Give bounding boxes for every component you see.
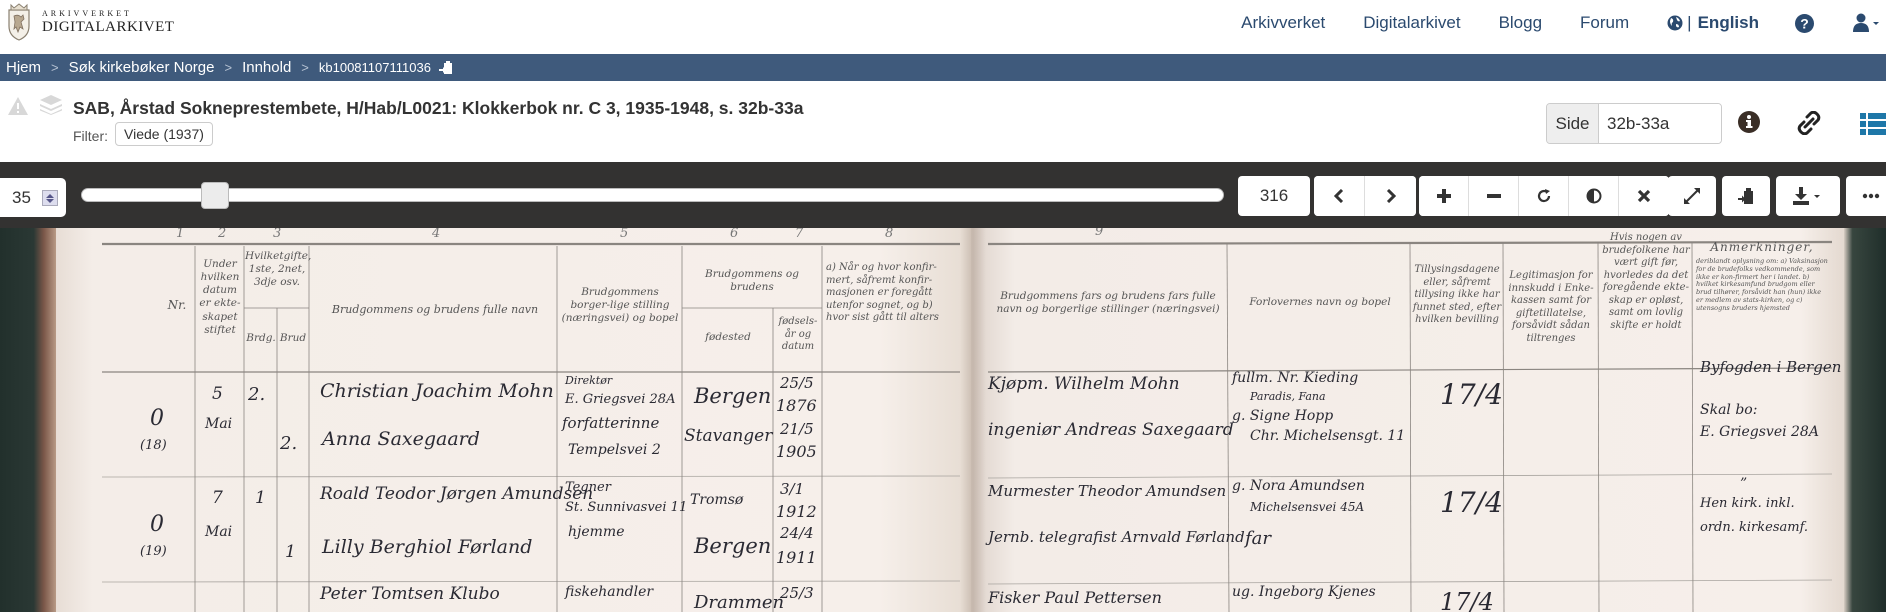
row3-groom-occ: fiskehandler [565, 584, 653, 600]
breadcrumb-separator: > [51, 60, 59, 75]
row1-bride-addr: Tempelsvei 2 [568, 442, 661, 458]
title-area: SAB, Årstad Sokneprestembete, H/Hab/L002… [0, 81, 1886, 162]
header-occupation: Brudgommens borger-lige stilling (næring… [560, 286, 680, 325]
row2-bride-occ: hjemme [568, 524, 624, 540]
header-confirmation: a) Når og hvor konfir-mert, såfremt konf… [826, 262, 956, 325]
column-number: 5 [620, 228, 628, 241]
link-icon[interactable] [1797, 111, 1821, 135]
row2-banns: 17/4 [1440, 486, 1503, 519]
total-images: 316 [1238, 176, 1310, 216]
row2-bride-year: 1911 [776, 548, 817, 567]
globe-icon [1667, 15, 1683, 31]
column-number: 8 [885, 228, 893, 241]
download-button[interactable] [1776, 176, 1840, 216]
user-icon [1853, 13, 1883, 33]
breadcrumb-separator: > [301, 60, 309, 75]
image-number-stepper[interactable]: 35 [0, 178, 66, 217]
image-tools-group [1419, 176, 1669, 216]
contrast-button[interactable] [1569, 176, 1619, 216]
nav-link-arkivverket[interactable]: Arkivverket [1241, 13, 1325, 33]
header-witnesses: Forlovernes navn og bopel [1232, 296, 1408, 309]
download-icon [1793, 187, 1823, 205]
header-legitimation: Legitimasjon for innskudd i Enke-kassen … [1505, 270, 1597, 345]
row2-remark3: ordn. kirkesamf. [1700, 520, 1808, 535]
row2-groom-date: 3/1 [780, 480, 804, 498]
row2-nr-sub: (19) [140, 544, 167, 559]
row2-witness2: far [1245, 528, 1271, 549]
row2-bride-name: Lilly Berghiol Førland [322, 536, 532, 558]
close-icon [1637, 189, 1651, 203]
logo-line2: DIGITALARKIVET [42, 20, 174, 35]
side-input[interactable] [1599, 104, 1721, 143]
chevron-right-icon [1386, 189, 1396, 203]
filter-label: Filter: [73, 128, 108, 144]
image-number-value: 35 [12, 188, 31, 208]
row2-bride-date: 24/4 [780, 524, 814, 542]
copy-group [1722, 176, 1770, 216]
header-nr: Nr. [160, 298, 194, 313]
list-icon[interactable] [1860, 113, 1886, 135]
image-slider-track[interactable] [81, 188, 1224, 202]
logo-line1: ARKIVVERKET [42, 10, 174, 18]
row1-witness1-addr: Paradis, Fana [1250, 390, 1326, 403]
column-number: 3 [273, 228, 281, 241]
breadcrumb-search[interactable]: Søk kirkebøker Norge [69, 59, 215, 76]
row1-bride-father: ingeniør Andreas Saxegaard [988, 420, 1234, 440]
row2-witness1: g. Nora Amundsen [1232, 478, 1365, 494]
stepper-arrows[interactable] [42, 190, 58, 206]
contrast-icon [1586, 188, 1602, 204]
download-group [1776, 176, 1840, 216]
breadcrumb-home[interactable]: Hjem [6, 59, 41, 76]
svg-text:?: ? [1800, 15, 1809, 31]
row1-groom-marr: 2. [248, 384, 265, 405]
header-bride: Brud [277, 332, 309, 345]
row1-remark3: E. Griegsvei 28A [1700, 424, 1819, 440]
page-title: SAB, Årstad Sokneprestembete, H/Hab/L002… [73, 98, 803, 119]
row3-groom-date: 25/3 [780, 584, 814, 602]
copy-button[interactable] [1722, 176, 1770, 216]
header-date: Under hvilken datum er ekte-skapet stift… [198, 258, 242, 337]
next-button[interactable] [1365, 176, 1416, 216]
logo[interactable]: ARKIVVERKET DIGITALARKIVET [4, 2, 174, 42]
row3-witness1: ug. Ingeborg Kjenes [1232, 584, 1376, 600]
row2-witness1-addr: Michelsensvei 45A [1250, 500, 1364, 514]
layers-icon[interactable] [40, 95, 62, 115]
header-birthyear: fødsels-år og datum [774, 316, 822, 354]
row2-groom-addr: St. Sunnivasvei 11 [565, 500, 687, 515]
previous-button[interactable] [1314, 176, 1365, 216]
info-icon[interactable] [1738, 111, 1760, 133]
copy-clipboard-icon [1738, 187, 1754, 205]
row1-nr-sub: (18) [140, 438, 167, 453]
row2-nr: 0 [150, 512, 164, 537]
column-number: 2 [218, 228, 226, 241]
close-button[interactable] [1619, 176, 1669, 216]
row1-groom-date: 25/5 [780, 374, 814, 392]
column-number: 4 [432, 228, 440, 241]
row2-groom-name: Roald Teodor Jørgen Amundsen [320, 484, 593, 504]
plus-icon [1437, 189, 1451, 203]
row1-witness2: g. Signe Hopp [1232, 408, 1333, 424]
column-number: 7 [795, 228, 803, 241]
row1-groom-place: Bergen [694, 384, 771, 408]
header-groom: Brdg. [245, 332, 277, 345]
row1-witness1: fullm. Nr. Kieding [1232, 370, 1358, 386]
row1-day: 5 [212, 384, 223, 404]
header-birthplace: fødested [684, 331, 772, 344]
column-number: 1 [176, 228, 184, 241]
zoom-out-button[interactable] [1469, 176, 1519, 216]
rotate-button[interactable] [1519, 176, 1569, 216]
header-banns: Tillysingsdagene eller, såfremt tillysin… [1412, 264, 1502, 327]
fullscreen-button[interactable] [1668, 176, 1716, 216]
breadcrumb-contents[interactable]: Innhold [242, 59, 291, 76]
row1-nr: 0 [150, 406, 164, 431]
nav-button-group [1314, 176, 1416, 216]
header-fathers: Brudgommens fars og brudens fars fulle n… [992, 290, 1224, 316]
row2-groom-marr: 1 [255, 488, 266, 508]
nav-link-blogg[interactable]: Blogg [1499, 13, 1542, 33]
row1-bride-date: 21/5 [780, 420, 814, 438]
row2-groom-occ: Tegner [565, 480, 611, 495]
image-viewer[interactable]: 1 2 3 4 5 6 7 8 9 Nr. Under hvilken datu… [0, 228, 1886, 612]
row1-bride-year: 1905 [776, 442, 817, 461]
row1-bride-place: Stavanger [684, 426, 772, 446]
row1-groom-name: Christian Joachim Mohn [320, 380, 554, 402]
row2-bride-marr: 1 [285, 542, 296, 562]
page-side-input-group: Side [1546, 103, 1722, 144]
expand-icon [1683, 187, 1701, 205]
row1-witness2-addr: Chr. Michelsensgt. 11 [1250, 428, 1405, 444]
language-switch[interactable]: | English [1667, 13, 1759, 33]
row1-month: Mai [205, 416, 232, 432]
row1-groom-occ: Direktør [565, 374, 612, 387]
breadcrumb-current: kb10081107111036 [319, 60, 431, 75]
row1-remark1: Byfogden i Bergen [1700, 358, 1841, 376]
language-label: English [1698, 13, 1759, 33]
total-images-box: 316 [1238, 176, 1310, 216]
row1-banns: 17/4 [1440, 378, 1503, 411]
ellipsis-icon [1862, 193, 1880, 199]
row3-groom-name: Peter Tomtsen Klubo [320, 584, 500, 604]
header-remarks-title: Anmerkninger, [1694, 240, 1830, 255]
header-previous-marriage: Hvis nogen av brudefolkene har vært gift… [1600, 232, 1692, 332]
row1-bride-name: Anna Saxegaard [322, 428, 480, 450]
filter-chip[interactable]: Viede (1937) [115, 122, 213, 146]
rotate-icon [1536, 188, 1552, 204]
row1-groom-year: 1876 [776, 396, 817, 415]
user-menu[interactable] [1850, 13, 1886, 33]
fullscreen-group [1668, 176, 1716, 216]
more-button[interactable] [1846, 176, 1886, 216]
header-birth-group: Brudgommens og brudens [682, 268, 822, 294]
row2-day: 7 [212, 488, 223, 508]
warning-icon[interactable] [8, 97, 28, 115]
row3-groom-father: Fisker Paul Pettersen [988, 588, 1162, 607]
nav-link-digitalarkivet[interactable]: Digitalarkivet [1363, 13, 1460, 33]
breadcrumb-separator: > [224, 60, 232, 75]
minus-icon [1487, 189, 1501, 203]
row1-bride-occ: forfatterinne [562, 414, 659, 432]
row2-bride-father: Jernb. telegrafist Arnvald Førland [988, 528, 1245, 546]
row2-bride-place: Bergen [694, 534, 771, 558]
row2-groom-year: 1912 [776, 502, 817, 521]
coat-of-arms-icon [4, 2, 34, 42]
column-number: 9 [1095, 228, 1103, 239]
row2-month: Mai [205, 524, 232, 540]
row1-groom-father: Kjøpm. Wilhelm Mohn [988, 374, 1180, 394]
row2-remark1: ” [1740, 476, 1747, 492]
row1-remark2: Skal bo: [1700, 402, 1757, 418]
row2-remark2: Hen kirk. inkl. [1700, 496, 1795, 511]
header-names: Brudgommens og brudens fulle navn [320, 303, 550, 317]
breadcrumb: Hjem > Søk kirkebøker Norge > Innhold > … [0, 54, 1886, 81]
row2-groom-place: Tromsø [690, 492, 743, 508]
header-remarks-sub: deriblandt oplysning om: a) Vaksinasjon … [1696, 258, 1830, 313]
more-group [1846, 176, 1886, 216]
image-slider-thumb[interactable] [201, 182, 229, 209]
column-number: 6 [730, 228, 738, 241]
row3-banns: 17/4 [1440, 588, 1494, 612]
side-label: Side [1547, 104, 1599, 143]
header-which-marriage: Hvilketgifte, 1ste, 2net, 3dje osv. [245, 250, 309, 289]
row1-groom-addr: E. Griegsvei 28A [565, 392, 675, 407]
question-circle-icon[interactable]: ? [1795, 14, 1814, 33]
row1-bride-marr: 2. [280, 433, 297, 454]
row2-groom-father: Murmester Theodor Amundsen [988, 482, 1226, 500]
language-separator: | [1687, 13, 1691, 33]
zoom-in-button[interactable] [1419, 176, 1469, 216]
row3-groom-place: Drammen [694, 592, 784, 612]
chevron-left-icon [1334, 189, 1344, 203]
nav-link-forum[interactable]: Forum [1580, 13, 1629, 33]
copy-clipboard-icon[interactable] [439, 60, 453, 75]
top-navbar: ARKIVVERKET DIGITALARKIVET Arkivverket D… [0, 0, 1886, 46]
